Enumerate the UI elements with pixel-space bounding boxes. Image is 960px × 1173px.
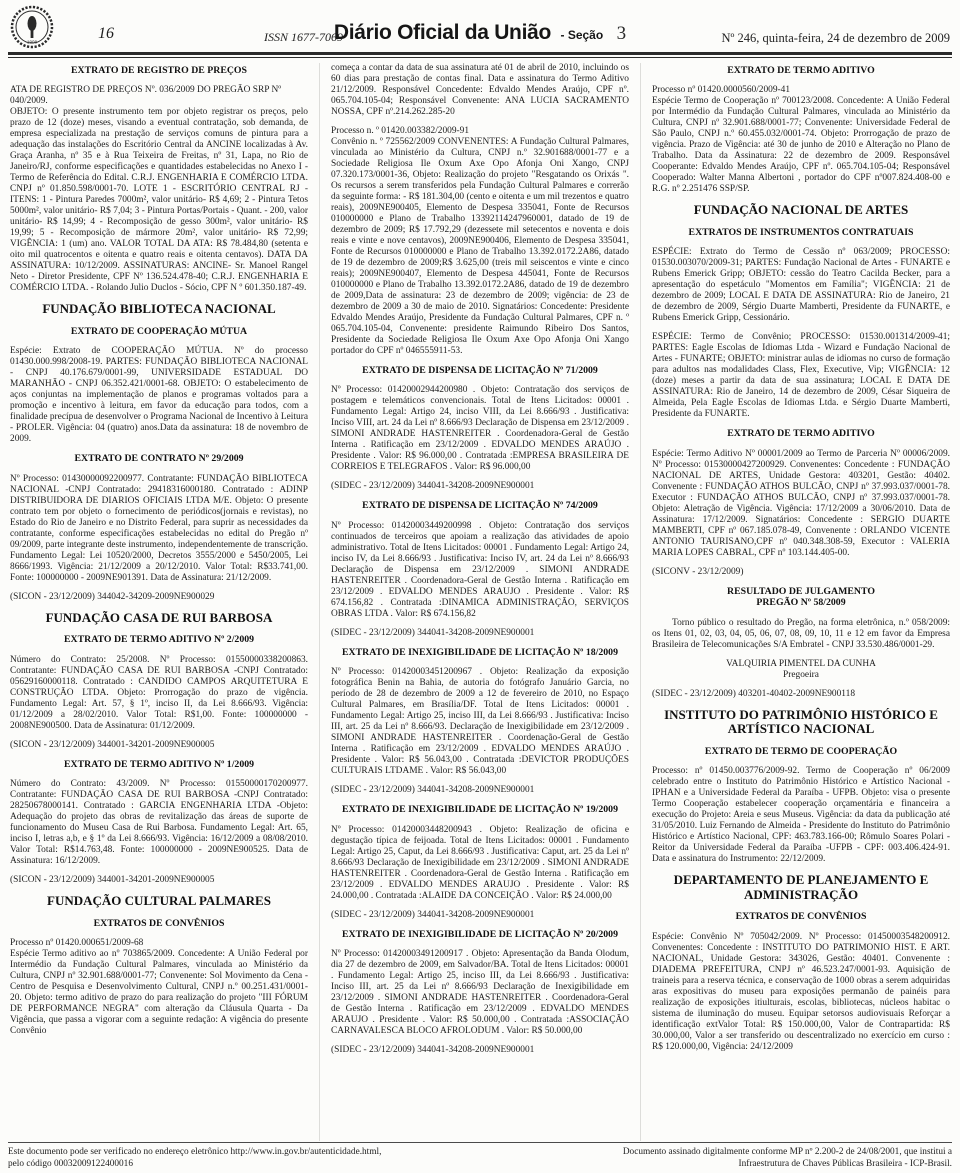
header-double-rule (8, 52, 952, 58)
org-heading: DEPARTAMENTO DE PLANEJAMENTO E ADMINISTR… (658, 873, 944, 902)
paragraph: começa a contar da data de sua assinatur… (331, 63, 629, 118)
footer-signature-line1: Documento assinado digitalmente conforme… (623, 1146, 952, 1158)
paragraph: Convênio n. º 725562/2009 CONVENENTES: A… (331, 137, 629, 357)
publication-ref: (SIDEC - 23/12/2009) 344041-34208-2009NE… (331, 785, 629, 796)
column-1: EXTRATO DE REGISTRO DE PREÇOSATA DE REGI… (10, 63, 308, 1141)
org-heading: INSTITUTO DO PATRIMÔNIO HISTÓRICO E ARTÍ… (658, 708, 944, 737)
columns: EXTRATO DE REGISTRO DE PREÇOSATA DE REGI… (10, 63, 950, 1141)
paragraph: Nº Processo: 01420003448200943 . Objeto:… (331, 825, 629, 902)
section-heading: EXTRATO DE TERMO ADITIVO Nº 1/2009 (10, 759, 308, 770)
publication-ref: (SICON - 23/12/2009) 344042-34209-2009NE… (10, 592, 308, 603)
paragraph: Nº Processo: 01430000092200977. Contrata… (10, 474, 308, 584)
signature-name: VALQUIRIA PIMENTEL DA CUNHA (652, 659, 950, 670)
paragraph: Número do Contrato: 25/2008. Nº Processo… (10, 655, 308, 732)
section-heading: EXTRATO DE INEXIGIBILIDADE DE LICITAÇÃO … (331, 804, 629, 815)
section-heading: EXTRATO DE REGISTRO DE PREÇOS (10, 65, 308, 76)
publication-ref: (SIDEC - 23/12/2009) 344041-34208-2009NE… (331, 628, 629, 639)
footer-verification-text: Este documento pode ser verificado no en… (8, 1146, 381, 1170)
paragraph: Nº Processo: 01420003451200967 . Objeto:… (331, 667, 629, 777)
org-heading: FUNDAÇÃO NACIONAL DE ARTES (658, 203, 944, 218)
page-header: 1908 16 ISSN 1677-7069 Diário Oficial da… (0, 0, 960, 58)
gazette-page: 1908 16 ISSN 1677-7069 Diário Oficial da… (0, 0, 960, 1173)
publication-ref: (SICONV - 23/12/2009) (652, 567, 950, 578)
paragraph-line: Processo nº 01420.000651/2009-68 (10, 938, 308, 949)
section-heading: EXTRATO DE INEXIGIBILIDADE DE LICITAÇÃO … (331, 647, 629, 658)
section-number: 3 (617, 23, 627, 44)
paragraph: Número do Contrato: 43/2009. Nº Processo… (10, 779, 308, 867)
section-label: - Seção (560, 28, 603, 42)
section-heading: EXTRATO DE COOPERAÇÃO MÚTUA (10, 326, 308, 337)
paragraph: Nº Processo: 01420002944200980 . Objeto:… (331, 385, 629, 473)
paragraph: Espécie: Extrato de COOPERAÇÃO MÚTUA. Nº… (10, 346, 308, 445)
paragraph: Nº Processo: 01420003491200917 . Objeto:… (331, 949, 629, 1037)
section-heading: EXTRATO DE INEXIGIBILIDADE DE LICITAÇÃO … (331, 929, 629, 940)
org-heading: FUNDAÇÃO CULTURAL PALMARES (16, 894, 302, 909)
signature-role: Pregoeira (652, 670, 950, 681)
paragraph: Espécie: Termo Aditivo Nº 00001/2009 ao … (652, 449, 950, 559)
paragraph: OBJETO: O presente instrumento tem por o… (10, 107, 308, 294)
paragraph: Espécie Termo de Cooperação nº 700123/20… (652, 96, 950, 195)
section-heading: EXTRATO DE TERMO DE COOPERAÇÃO (652, 746, 950, 757)
publication-ref: (SIDEC - 23/12/2009) 344041-34208-2009NE… (331, 481, 629, 492)
paragraph-line: ATA DE REGISTRO DE PREÇOS Nº. 036/2009 D… (10, 85, 308, 107)
footer-signature-line2: Infraestrutura de Chaves Públicas Brasil… (623, 1158, 952, 1170)
org-heading: FUNDAÇÃO BIBLIOTECA NACIONAL (16, 302, 302, 317)
paragraph-line: Processo nº 01420.0000560/2009-41 (652, 85, 950, 96)
section-heading: RESULTADO DE JULGAMENTO PREGÃO Nº 58/200… (652, 586, 950, 609)
section-heading: EXTRATO DE DISPENSA DE LICITAÇÃO Nº 74/2… (331, 500, 629, 511)
publication-ref: (SIDEC - 23/12/2009) 344041-34208-2009NE… (331, 1045, 629, 1056)
paragraph: Nº Processo: 01420003449200998 . Objeto:… (331, 521, 629, 620)
section-heading: EXTRATO DE TERMO ADITIVO (652, 65, 950, 76)
paragraph: Espécie Termo aditivo ao nº 703865/2009.… (10, 949, 308, 1037)
footer-signature-text: Documento assinado digitalmente conforme… (623, 1146, 952, 1170)
paragraph: Torno público o resultado do Pregão, na … (652, 618, 950, 651)
section-heading: EXTRATOS DE CONVÊNIOS (10, 918, 308, 929)
publication-ref: (SICON - 23/12/2009) 344001-34201-2009NE… (10, 740, 308, 751)
paragraph: ESPÉCIE: Extrato do Termo de Cessão nº 0… (652, 247, 950, 324)
publication-ref: (SIDEC - 23/12/2009) 344041-34208-2009NE… (331, 910, 629, 921)
section-heading: EXTRATOS DE INSTRUMENTOS CONTRATUAIS (652, 227, 950, 238)
edition-date: Nº 246, quinta-feira, 24 de dezembro de … (722, 31, 950, 46)
column-3: EXTRATO DE TERMO ADITIVOProcesso nº 0142… (640, 63, 950, 1141)
section-heading: EXTRATO DE CONTRATO Nº 29/2009 (10, 453, 308, 464)
column-2: começa a contar da data de sua assinatur… (319, 63, 629, 1141)
publication-ref: (SIDEC - 23/12/2009) 403201-40402-2009NE… (652, 689, 950, 700)
org-heading: FUNDAÇÃO CASA DE RUI BARBOSA (16, 611, 302, 626)
masthead-title: Diário Oficial da União (334, 21, 551, 44)
publication-ref: (SICON - 23/12/2009) 344001-34201-2009NE… (10, 875, 308, 886)
footer-verification-line1: Este documento pode ser verificado no en… (8, 1146, 381, 1158)
paragraph: Espécie: Convênio Nº 705042/2009. Nº Pro… (652, 932, 950, 1053)
section-heading: EXTRATO DE TERMO ADITIVO (652, 428, 950, 439)
section-heading: EXTRATOS DE CONVÊNIOS (652, 911, 950, 922)
paragraph: ESPÉCIE: Termo de Convênio; PROCESSO: 01… (652, 332, 950, 420)
paragraph: Processo: nº 01450.003776/2009-92. Termo… (652, 766, 950, 865)
footer-verification-code: pelo código 00032009122400016 (8, 1158, 381, 1170)
section-heading: EXTRATO DE DISPENSA DE LICITAÇÃO Nº 71/2… (331, 365, 629, 376)
paragraph-line: Processo n. º 01420.003382/2009-91 (331, 126, 629, 137)
section-heading: EXTRATO DE TERMO ADITIVO Nº 2/2009 (10, 634, 308, 645)
page-footer: Este documento pode ser verificado no en… (8, 1142, 952, 1170)
